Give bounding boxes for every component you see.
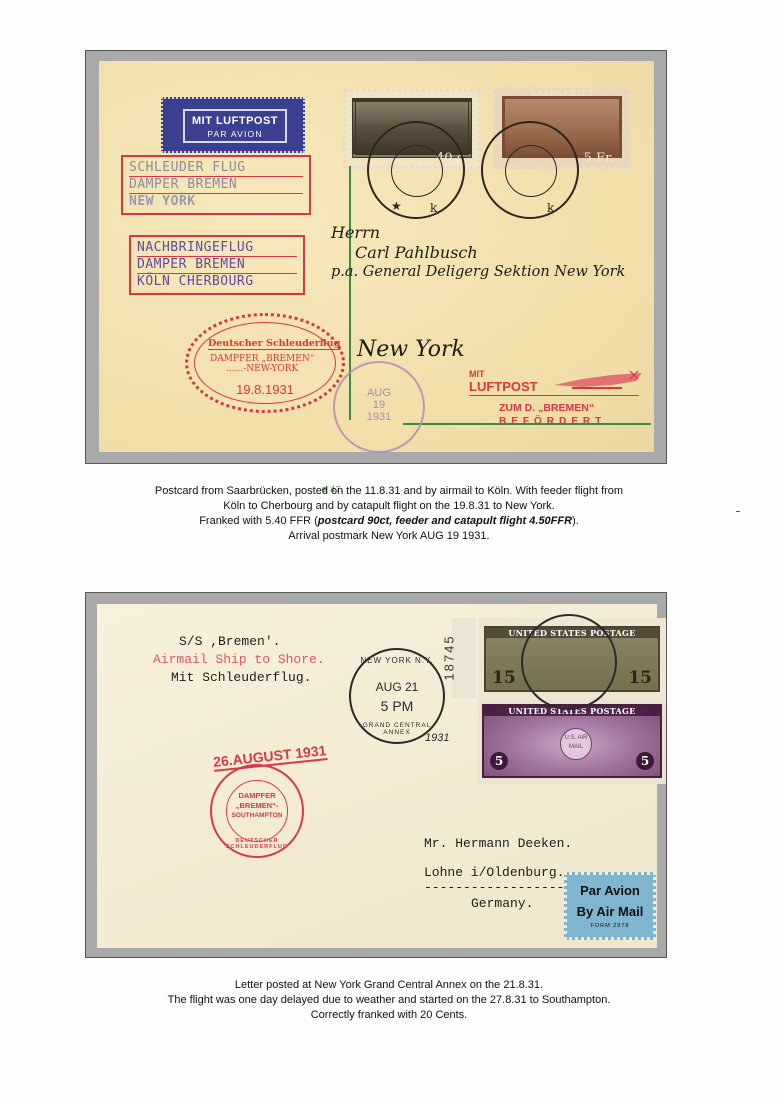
cancel-letter: k: [430, 201, 437, 215]
caption-line: Köln to Cherbourg and by catapult flight…: [0, 499, 778, 514]
caption-bold-text: postcard 90ct, feeder and catapult fligh…: [318, 515, 572, 527]
recipient-town: Lohne i/Oldenburg.: [424, 865, 564, 880]
handwritten-address-line: Herrn: [331, 223, 380, 242]
stray-mark: [736, 511, 740, 512]
cachet-line: NEW YORK: [129, 194, 303, 210]
us-airmail-stamp-5c: UNITED STATES POSTAGE U.S. AIR MAIL 5 5: [478, 700, 666, 784]
plate-number-margin: 18745: [452, 618, 476, 698]
cancel-star-icon: ★: [391, 199, 402, 213]
cachet-line: DAMPER BREMEN: [129, 177, 303, 194]
cachet-center-line: DAMPFER: [227, 791, 287, 801]
seaplane-icon: [552, 371, 646, 393]
stamp-value: 5 Fr.: [584, 151, 614, 166]
caption-line: Letter posted at New York Grand Central …: [0, 978, 778, 993]
saarbruecken-cancel-1: [367, 121, 465, 219]
cachet-line: DAMPER BREMEN: [137, 257, 297, 274]
form-number: FORM 2978: [567, 923, 653, 929]
typed-airmail-ship-to-shore: Airmail Ship to Shore.: [153, 652, 325, 667]
caption-line: Franked with 5.40 FFR (postcard 90ct, fe…: [0, 514, 778, 529]
cachet-center-line: SOUTHAMPTON: [227, 811, 287, 821]
stamp-cancel: [521, 614, 617, 710]
cancel-letter: k: [547, 201, 554, 215]
plate-number: 18745: [442, 634, 457, 680]
grand-central-annex-postmark: NEW YORK N.Y. AUG 21 5 PM GRAND CENTRAL …: [349, 648, 445, 744]
oval-cachet-title: Deutscher Schleuderflug: [208, 338, 340, 350]
postmark-time: 5 PM: [351, 698, 443, 714]
postmark-year: 1931: [335, 411, 423, 423]
cachet-line: NACHBRINGEFLUG: [137, 240, 297, 257]
cachet-line: SCHLEUDER FLUG: [129, 160, 303, 177]
postcard-mount: MIT LUFTPOST PAR AVION SCHLEUDER FLUG DA…: [85, 50, 667, 464]
stamp-country: SAARGEBIET: [346, 90, 478, 100]
postmark-day: 19: [335, 399, 423, 411]
stamp-value: 5: [636, 752, 654, 770]
par-avion-line1: Par Avion: [567, 883, 653, 898]
caption-line: Arrival postmark New York AUG 19 1931.: [0, 529, 778, 544]
postcard: MIT LUFTPOST PAR AVION SCHLEUDER FLUG DA…: [99, 61, 654, 452]
postmark-date: AUG 21: [351, 680, 443, 694]
caption-line: Postcard from Saarbrücken, posted on the…: [0, 484, 778, 499]
stamp-value: 15: [628, 668, 652, 688]
stamp-value: 15: [492, 668, 516, 688]
stamp-subject: U.S. AIR MAIL: [564, 735, 587, 750]
postmark-month: AUG: [335, 387, 423, 399]
typed-ship-name: S/S ,Bremen'.: [179, 634, 280, 649]
handwritten-address-line: Carl Pahlbusch: [355, 243, 478, 262]
letter-caption: Letter posted at New York Grand Central …: [0, 978, 778, 1023]
caption-line: Correctly franked with 20 Cents.: [0, 1008, 778, 1023]
typed-schleuderflug: Mit Schleuderflug.: [171, 670, 311, 685]
caption-text: ).: [572, 515, 579, 527]
cachet-ring-text: DEUTSCHER SCHLEUDERFLUG: [212, 838, 302, 850]
oval-cachet-line: ......-NEW-YORK: [210, 364, 314, 374]
new-york-arrival-postmark: AUG 19 1931: [333, 361, 425, 453]
deutscher-schleuderflug-round-cachet: DAMPFER „BREMEN“- SOUTHAMPTON DEUTSCHER …: [210, 764, 304, 858]
airmail-label-line2: PAR AVION: [185, 129, 285, 139]
caption-line: The flight was one day delayed due to we…: [0, 993, 778, 1008]
oval-cachet-line: DAMPFER „BREMEN“: [210, 354, 314, 364]
par-avion-line2: By Air Mail: [567, 904, 653, 919]
address-underline: --------------------: [424, 880, 580, 895]
handwritten-address-line: p.a. General Deligerg Sektion New York: [331, 264, 625, 280]
luftpost-line: ZUM D. „BREMEN“: [499, 402, 639, 414]
recipient-country: Germany.: [471, 896, 533, 911]
nachbringeflug-box-cachet: NACHBRINGEFLUG DAMPER BREMEN KÖLN CHERBO…: [129, 235, 305, 295]
luftpost-line: BEFÖRDERT: [499, 416, 639, 427]
winged-globe-icon: U.S. AIR MAIL: [560, 728, 592, 760]
postmark-year: 1931: [425, 732, 449, 744]
caption-text: Franked with 5.40 FFR (: [199, 515, 318, 527]
airmail-label: MIT LUFTPOST PAR AVION: [161, 97, 305, 153]
postcard-caption: Postcard from Saarbrücken, posted on the…: [0, 484, 778, 544]
deutscher-schleuderflug-oval-cachet: Deutscher Schleuderflug DAMPFER „BREMEN“…: [185, 313, 345, 413]
airmail-label-line1: MIT LUFTPOST: [185, 115, 285, 127]
postmark-ring-top: NEW YORK N.Y.: [351, 656, 443, 665]
par-avion-label: Par Avion By Air Mail FORM 2978: [564, 872, 656, 940]
recipient-name: Mr. Hermann Deeken.: [424, 836, 572, 851]
handwritten-address-city: New York: [357, 337, 465, 362]
oval-cachet-date: 19.8.1931: [188, 382, 342, 397]
cachet-line: KÖLN CHERBOURG: [137, 274, 297, 290]
stamp-country: SAARGEBIET: [496, 88, 628, 98]
schleuderflug-box-cachet: SCHLEUDER FLUG DAMPER BREMEN NEW YORK: [121, 155, 311, 215]
stamp-value: 5: [490, 752, 508, 770]
letter-envelope: S/S ,Bremen'. Airmail Ship to Shore. Mit…: [97, 604, 657, 948]
saarbruecken-cancel-2: [481, 121, 579, 219]
cachet-center-line: „BREMEN“-: [227, 801, 287, 811]
letter-mount: S/S ,Bremen'. Airmail Ship to Shore. Mit…: [85, 592, 667, 958]
